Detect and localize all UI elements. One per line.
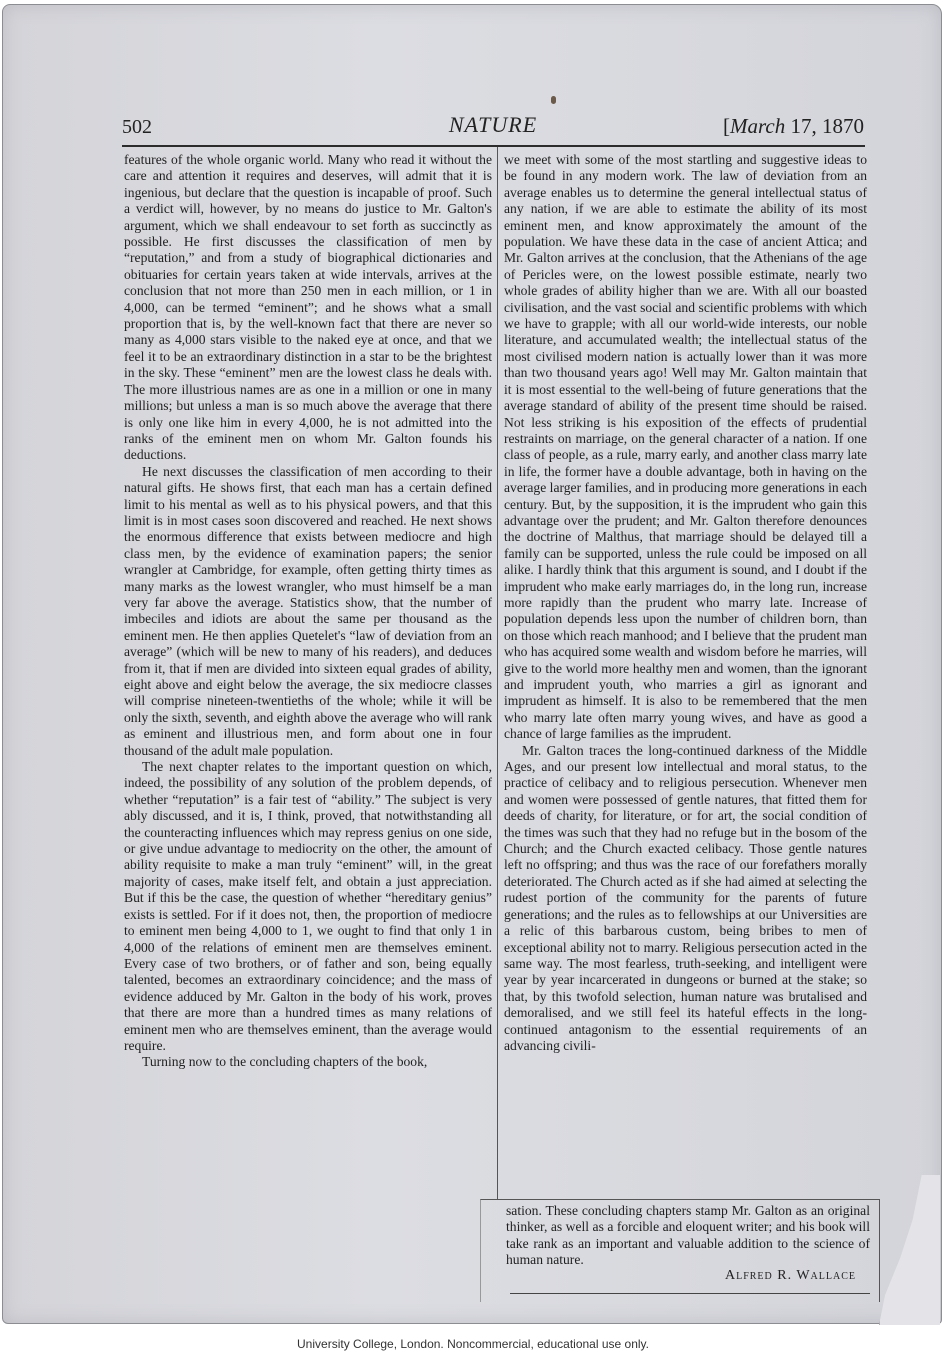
- author-signature: Alfred R. Wallace: [506, 1268, 856, 1284]
- closing-paragraph: sation. These concluding chapters stamp …: [506, 1203, 870, 1269]
- source-credit: University College, London. Noncommercia…: [0, 1337, 946, 1351]
- paragraph: He next discusses the classification of …: [124, 464, 492, 759]
- issue-date: [March 17, 1870: [723, 114, 864, 139]
- page-header: 502 NATURE [March 17, 1870: [122, 110, 864, 144]
- paragraph: we meet with some of the most startling …: [504, 152, 867, 743]
- paragraph: Mr. Galton traces the long-continued dar…: [504, 743, 867, 1055]
- right-column: we meet with some of the most startling …: [504, 152, 867, 1054]
- date-month: March: [730, 114, 785, 138]
- header-rule: [122, 145, 865, 147]
- column-divider: [497, 147, 498, 1199]
- ink-blot: [551, 96, 556, 104]
- paragraph: Turning now to the concluding chapters o…: [124, 1054, 492, 1070]
- paragraph: The next chapter relates to the importan…: [124, 759, 492, 1054]
- paragraph: features of the whole organic world. Man…: [124, 152, 492, 464]
- left-column: features of the whole organic world. Man…: [124, 152, 492, 1071]
- closing-rule: [510, 1293, 870, 1294]
- date-bracket: [: [723, 114, 730, 138]
- date-day-year: 17, 1870: [785, 114, 864, 138]
